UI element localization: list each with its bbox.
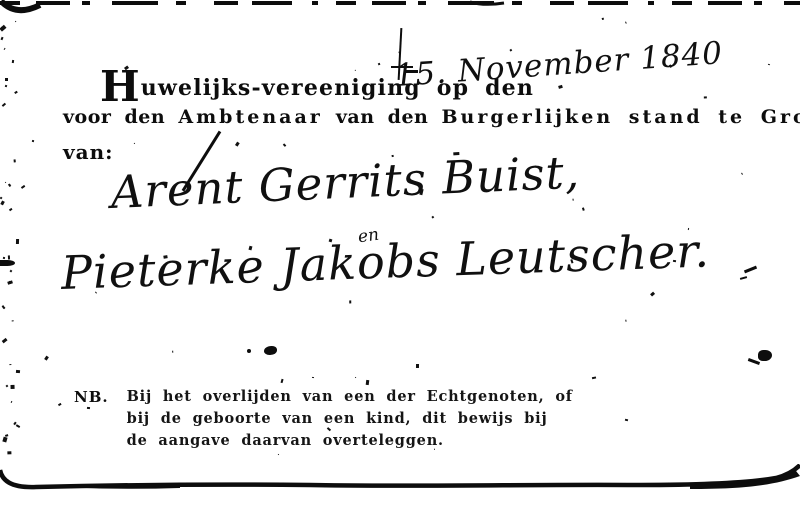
ink-blot bbox=[264, 346, 277, 355]
scan-speck bbox=[12, 60, 14, 63]
ink-dot bbox=[247, 349, 251, 353]
scan-speck bbox=[625, 320, 626, 322]
ink-blob-left-edge bbox=[0, 260, 15, 266]
scan-speck bbox=[14, 91, 18, 94]
scan-speck bbox=[16, 424, 20, 428]
scan-speck bbox=[625, 21, 627, 23]
scan-speck bbox=[350, 300, 352, 303]
scan-speck bbox=[558, 84, 563, 88]
scan-speck bbox=[15, 21, 17, 23]
ink-blob-right bbox=[758, 350, 772, 361]
scan-speck bbox=[4, 47, 6, 50]
scan-speck bbox=[44, 355, 48, 360]
nb-text: Bij het overlijden van een der Echtgenot… bbox=[127, 386, 573, 452]
scan-speck bbox=[0, 36, 3, 40]
scan-speck bbox=[5, 182, 7, 184]
scan-speck bbox=[21, 185, 26, 189]
scan-speck bbox=[2, 338, 8, 344]
certificate-subtitle: voor den Ambtenaar van den Burgerlijken … bbox=[63, 106, 800, 128]
torn-edge-bottom bbox=[0, 464, 800, 507]
scan-speck bbox=[8, 452, 12, 455]
scan-speck bbox=[704, 96, 707, 98]
scan-speck bbox=[602, 18, 604, 20]
scan-speck bbox=[10, 208, 13, 211]
scan-speck bbox=[2, 305, 5, 308]
scan-speck bbox=[366, 380, 370, 385]
scan-speck bbox=[10, 364, 12, 365]
scan-speck bbox=[355, 377, 356, 379]
nb-line: Bij het overlijden van een der Echtgenot… bbox=[127, 386, 573, 408]
ink-mark-cross-horizontal bbox=[391, 66, 413, 68]
nb-label: NB. bbox=[74, 386, 109, 452]
subtitle-part-spaced: Burgerlijken stand te Groningen, bbox=[441, 106, 800, 128]
scan-speck bbox=[4, 85, 6, 88]
scan-speck bbox=[134, 143, 135, 144]
scan-speck bbox=[1, 27, 3, 29]
scan-speck bbox=[0, 201, 5, 206]
subtitle-part-spaced: Ambtenaar bbox=[178, 106, 322, 128]
scan-speck bbox=[2, 436, 7, 442]
scan-speck bbox=[312, 377, 314, 378]
scan-speck bbox=[15, 370, 19, 373]
nb-note: NB. Bij het overlijden van een der Echtg… bbox=[74, 386, 573, 452]
scan-speck bbox=[7, 281, 12, 285]
ink-mark-right-dash bbox=[740, 276, 747, 280]
scan-speck bbox=[235, 142, 239, 146]
nb-line: bij de geboorte van een kind, dit bewijs… bbox=[127, 408, 573, 430]
handwritten-bride-name: Pieterke Jakobs Leutscher. bbox=[60, 223, 711, 300]
scan-speck bbox=[0, 197, 3, 200]
scan-speck bbox=[13, 160, 15, 163]
scan-speck bbox=[282, 143, 286, 147]
scan-speck bbox=[11, 401, 13, 403]
title-drop-cap: H bbox=[100, 62, 140, 111]
scan-speck bbox=[281, 379, 284, 384]
scan-speck bbox=[378, 63, 381, 66]
scan-speck bbox=[9, 270, 12, 273]
scan-speck bbox=[59, 402, 62, 405]
ink-mark-cross-arrow bbox=[404, 70, 418, 73]
scan-speck bbox=[432, 216, 434, 218]
scan-speck bbox=[768, 64, 770, 65]
scan-speck bbox=[0, 24, 6, 31]
subtitle-part: van den bbox=[323, 106, 442, 128]
scan-speck bbox=[32, 140, 34, 142]
scan-speck bbox=[7, 183, 10, 186]
subtitle-part: voor den bbox=[63, 106, 178, 128]
scan-speck bbox=[14, 421, 17, 425]
torn-edge-top bbox=[0, 0, 800, 22]
scan-speck bbox=[6, 384, 9, 387]
scan-speck bbox=[16, 239, 19, 244]
scan-speck bbox=[3, 306, 6, 309]
scan-speck bbox=[5, 78, 7, 82]
scan-speck bbox=[740, 173, 742, 175]
handwritten-date: 15. November 1840 bbox=[393, 35, 724, 94]
van-label: van: bbox=[63, 140, 114, 164]
scan-speck bbox=[592, 376, 596, 379]
handwritten-groom-name: Arent Gerrits Buist, bbox=[110, 146, 581, 219]
nb-line: de aangave daarvan overteleggen. bbox=[127, 430, 573, 452]
scan-speck bbox=[11, 385, 15, 389]
scan-speck bbox=[8, 184, 10, 186]
scan-speck bbox=[8, 255, 11, 259]
scan-speck bbox=[5, 434, 8, 436]
ink-mark-right-dash bbox=[744, 266, 757, 274]
scan-speck bbox=[625, 418, 628, 421]
scan-speck bbox=[582, 207, 585, 210]
scan-speck bbox=[11, 320, 13, 322]
scan-speck bbox=[416, 364, 419, 368]
scan-speck bbox=[277, 454, 278, 455]
scan-speck bbox=[173, 351, 174, 353]
scan-speck bbox=[650, 292, 655, 297]
scanned-certificate-page: Huwelijks-vereeniging op den 15. Novembe… bbox=[0, 0, 800, 507]
scan-speck bbox=[2, 102, 6, 106]
scan-speck bbox=[8, 281, 10, 284]
scan-speck bbox=[3, 257, 5, 259]
